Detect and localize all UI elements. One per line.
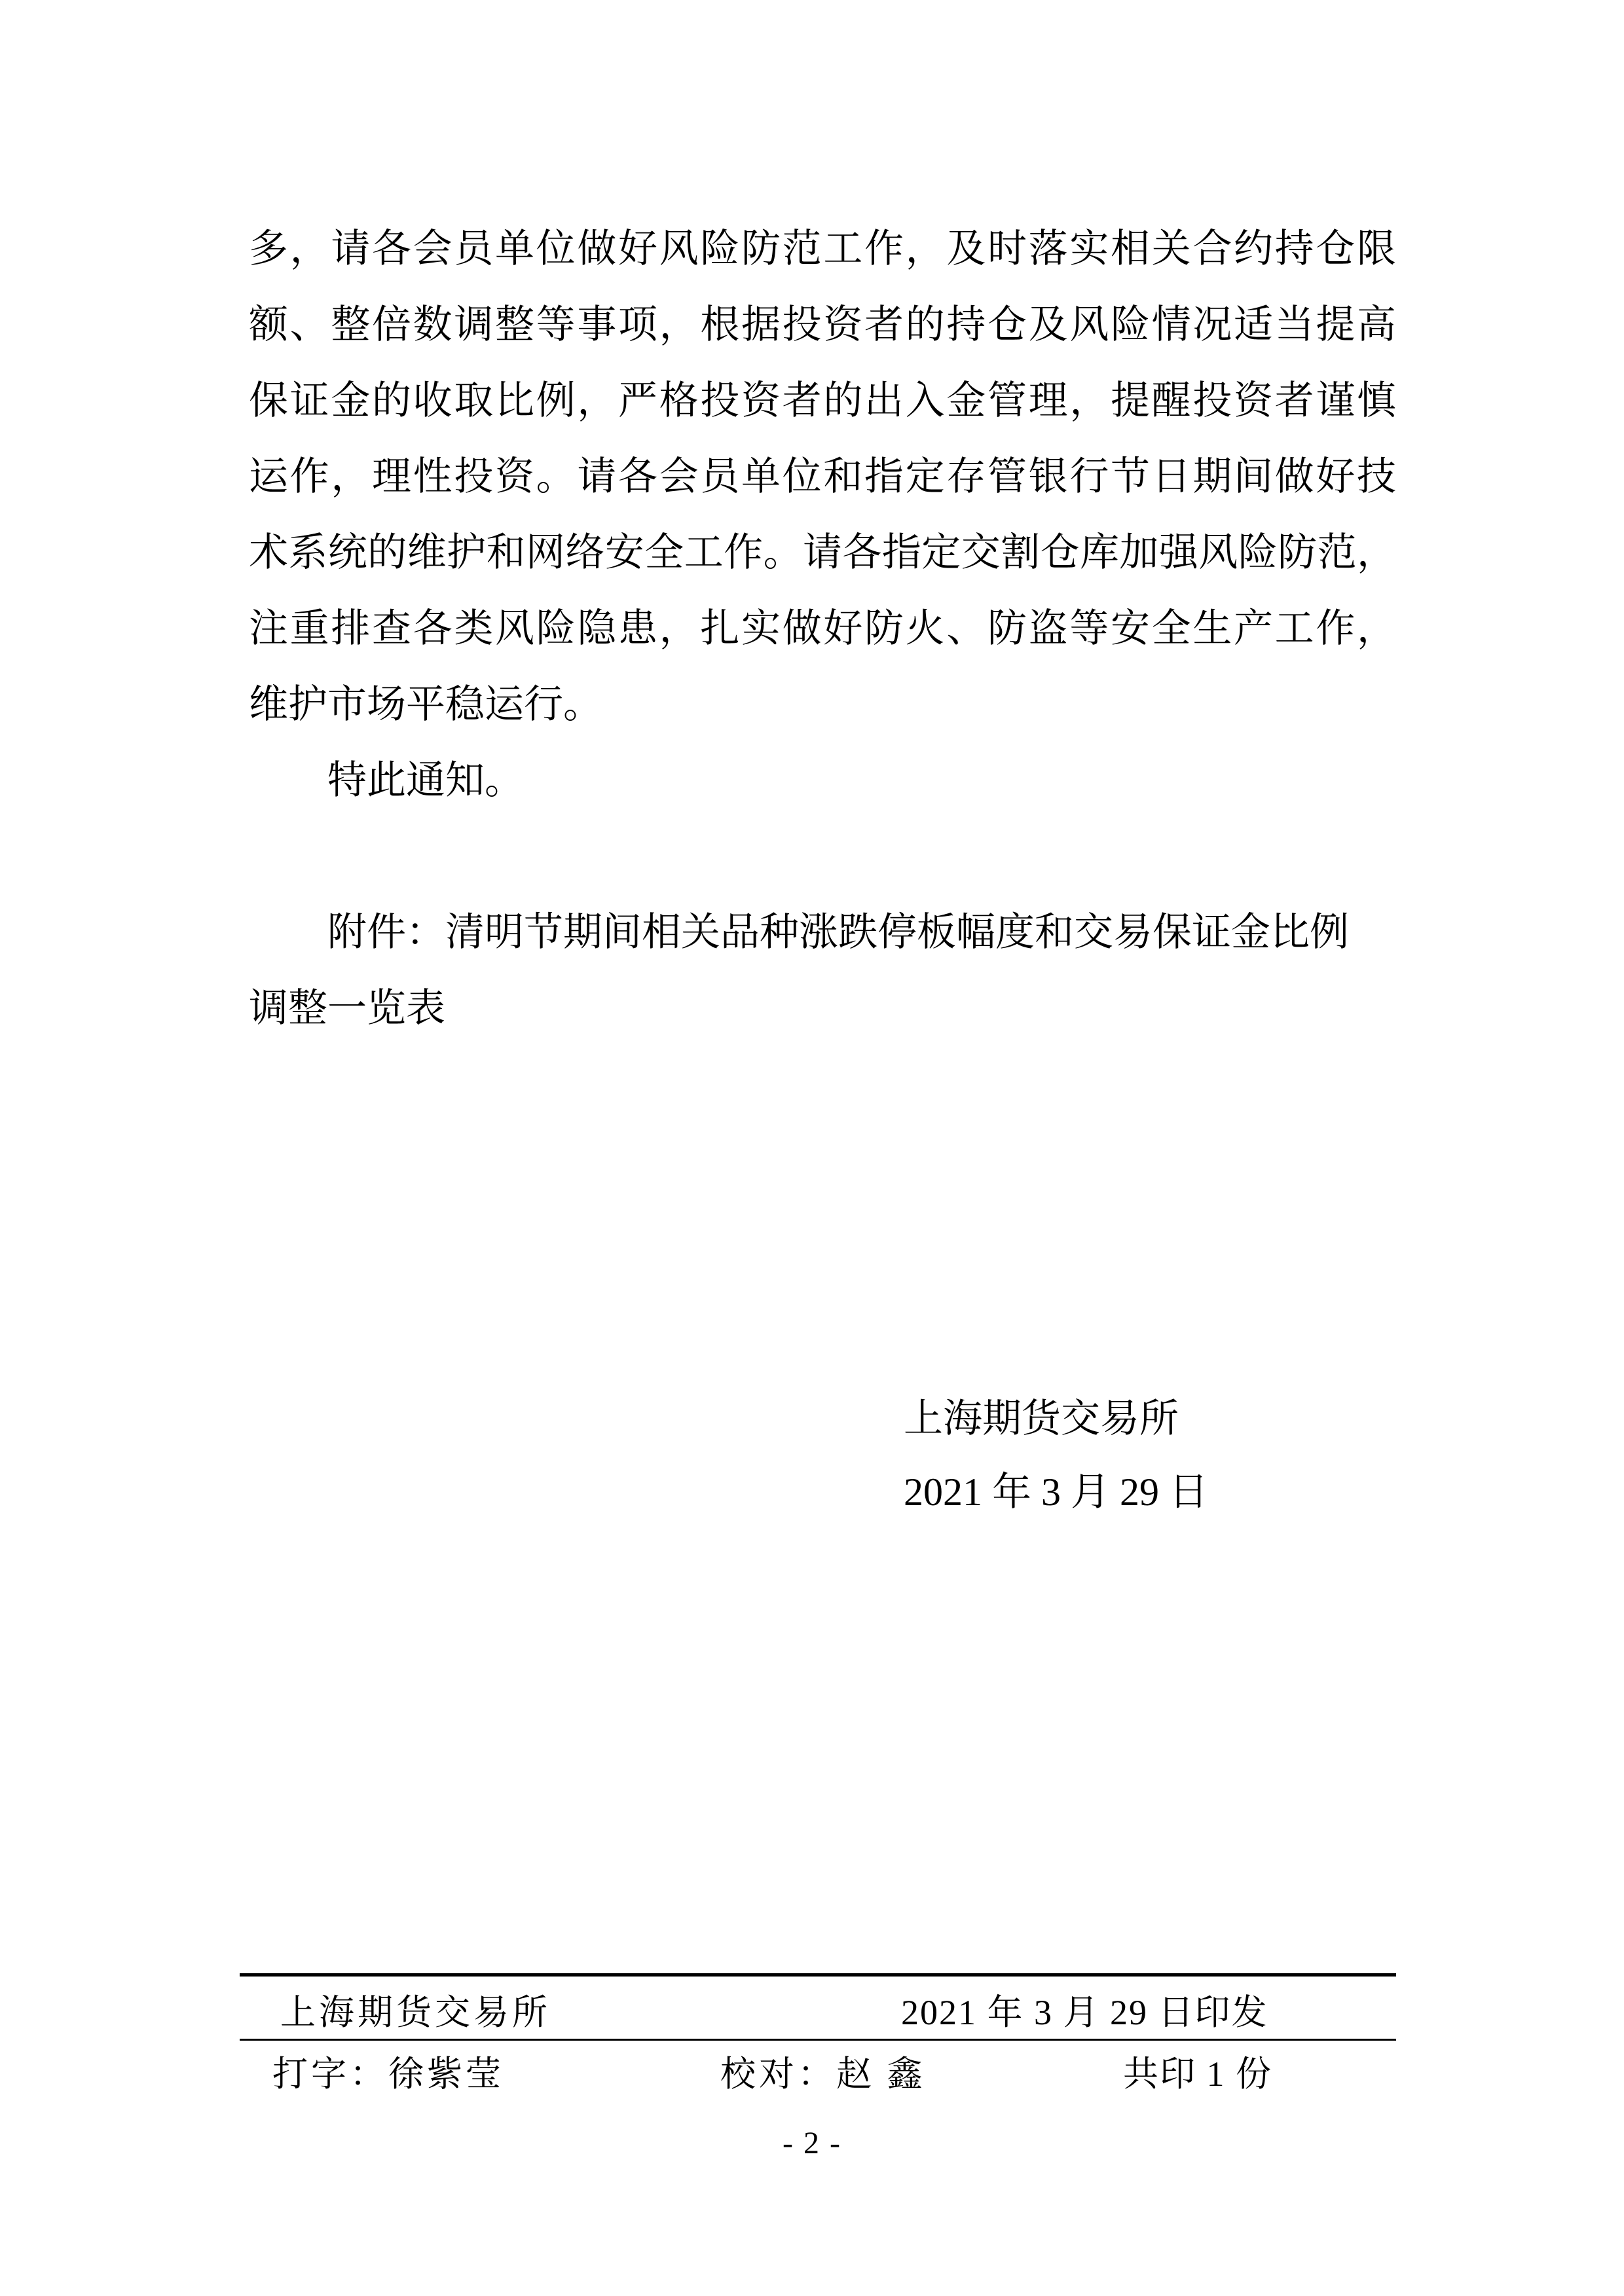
body-line: 注重排查各类风险隐患，扎实做好防火、防盗等安全生产工作，: [249, 591, 1396, 666]
body-line: 多，请各会员单位做好风险防范工作，及时落实相关合约持仓限: [249, 211, 1396, 287]
body-line: 运作，理性投资。请各会员单位和指定存管银行节日期间做好技: [249, 439, 1396, 515]
notice-line: 特此通知。: [249, 742, 1396, 818]
footer-typist: 打字：徐紫莹: [272, 2054, 504, 2094]
document-page: 多，请各会员单位做好风险防范工作，及时落实相关合约持仓限 额、整倍数调整等事项，…: [0, 0, 1624, 2296]
footer-copies-count: 共印 1 份: [1123, 2054, 1272, 2094]
attachment-line: 附件：清明节期间相关品种涨跌停板幅度和交易保证金比例: [249, 894, 1396, 970]
footer-middle-rule: [240, 2039, 1396, 2041]
footer-proofreader: 校对：赵 鑫: [720, 2054, 926, 2094]
signature-block: 上海期货交易所 2021 年 3 月 29 日: [904, 1382, 1208, 1529]
footer-top-rule: [240, 1973, 1396, 1977]
signature-date: 2021 年 3 月 29 日: [904, 1455, 1208, 1529]
footer-issuer: 上海期货交易所: [280, 1993, 551, 2032]
body-line: 术系统的维护和网络安全工作。请各指定交割仓库加强风险防范，: [249, 515, 1396, 591]
body-line: 维护市场平稳运行。: [249, 666, 1396, 742]
page-number: - 2 -: [0, 2126, 1624, 2160]
body-line: 保证金的收取比例，严格投资者的出入金管理，提醒投资者谨慎: [249, 363, 1396, 439]
body-line: 额、整倍数调整等事项，根据投资者的持仓及风险情况适当提高: [249, 287, 1396, 363]
footer-print-date: 2021 年 3 月 29 日印发: [901, 1993, 1268, 2032]
attachment-note: 附件：清明节期间相关品种涨跌停板幅度和交易保证金比例 调整一览表: [249, 894, 1396, 1046]
signature-issuer: 上海期货交易所: [904, 1382, 1208, 1455]
body-paragraph: 多，请各会员单位做好风险防范工作，及时落实相关合约持仓限 额、整倍数调整等事项，…: [249, 211, 1396, 818]
attachment-line: 调整一览表: [249, 970, 1396, 1046]
